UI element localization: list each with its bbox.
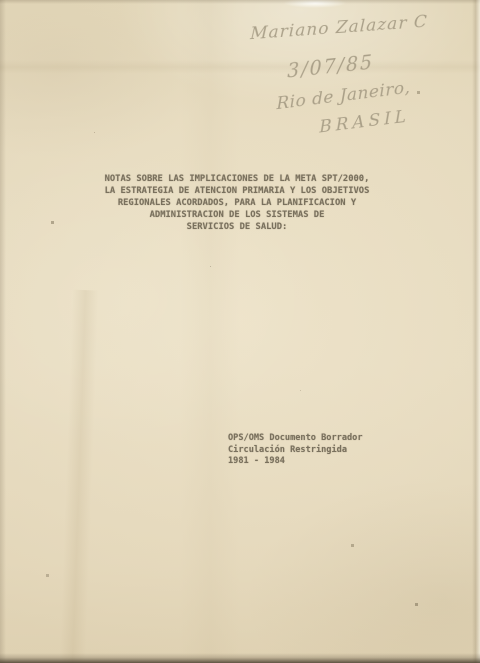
scan-edge-bottom — [0, 653, 480, 663]
footer-line-1: OPS/OMS Documento Borrador — [228, 433, 363, 445]
paper-tone-streak — [180, 0, 240, 663]
paper-aged-band — [0, 60, 480, 74]
title-line-5: SERVICIOS DE SALUD: — [87, 221, 387, 233]
title-line-3: REGIONALES ACORDADOS, PARA LA PLANIFICAC… — [87, 197, 387, 209]
title-line-2: LA ESTRATEGIA DE ATENCION PRIMARIA Y LOS… — [87, 185, 387, 197]
footer-line-3: 1981 - 1984 — [228, 456, 363, 468]
scan-edge-left — [0, 0, 6, 663]
scanned-document-page: Mariano Zalazar C 3/07/85 Rio de Janeiro… — [0, 0, 480, 663]
scan-edge-top — [0, 0, 480, 4]
title-line-4: ADMINISTRACION DE LOS SISTEMAS DE — [87, 209, 387, 221]
document-title: NOTAS SOBRE LAS IMPLICACIONES DE LA META… — [87, 173, 387, 233]
document-footer: OPS/OMS Documento Borrador Circulación R… — [228, 433, 363, 468]
scan-edge-right — [472, 0, 480, 663]
footer-line-2: Circulación Restringida — [228, 445, 363, 457]
title-line-1: NOTAS SOBRE LAS IMPLICACIONES DE LA META… — [87, 173, 387, 185]
